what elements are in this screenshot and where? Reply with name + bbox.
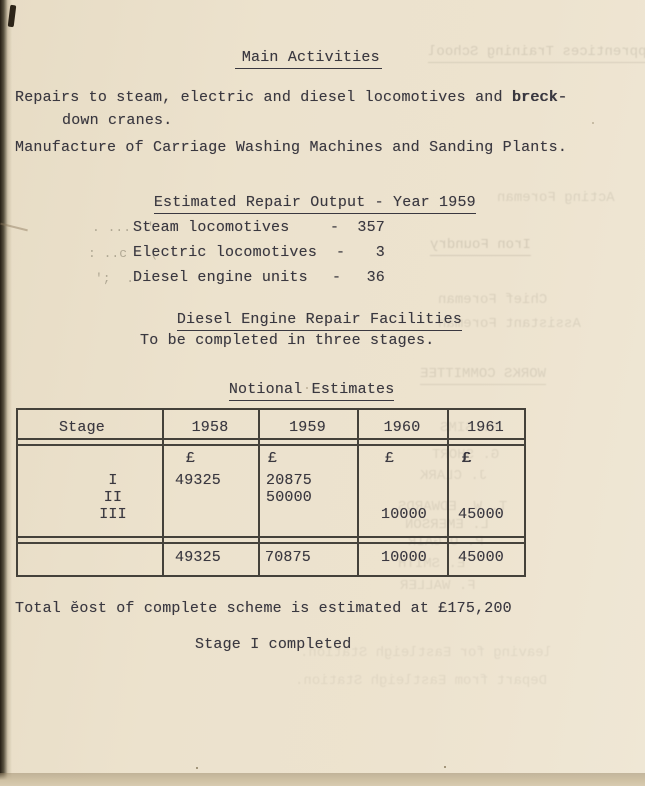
heading-notional-estimates-text: Notional Estimates [229, 381, 395, 401]
dust-speck [592, 122, 594, 124]
paragraph-repairs-line1: Repairs to steam, electric and diesel lo… [15, 89, 567, 106]
table-header-stage: Stage [18, 419, 146, 436]
bleedthrough-text: F. WALLER [400, 578, 476, 594]
output-row-electric-value: 3 [345, 244, 385, 261]
output-row-diesel-value: 36 [345, 269, 385, 286]
scanned-document-page: Apprentices Training School Acting Forem… [0, 0, 645, 786]
cell-stage2-1959: 50000 [266, 489, 312, 506]
total-1958: 49325 [175, 549, 221, 566]
output-row-steam-label: Steam locomotives [133, 219, 289, 236]
paragraph-manufacture: Manufacture of Carriage Washing Machines… [15, 139, 567, 156]
paragraph-repairs-overstrike: breck- [512, 89, 567, 106]
scan-bottom-edge [0, 773, 645, 786]
closing-line: Stage I completed [195, 636, 351, 653]
cell-stage3-1961: 45000 [458, 506, 504, 523]
stage-label-ii: II [60, 489, 166, 506]
dust-speck [444, 766, 446, 768]
note-three-stages: To be completed in three stages. [140, 332, 434, 349]
cell-stage1-1959: 20875 [266, 472, 312, 489]
bleedthrough-text: Depart from Eastleigh Station. [295, 673, 547, 689]
table-header-1961: 1961 [447, 419, 524, 436]
output-row-diesel-dash: - [332, 269, 341, 286]
output-row-electric-label: Electric locomotives [133, 244, 317, 261]
output-row-steam-dash: - [330, 219, 339, 236]
total-1959: 70875 [265, 549, 311, 566]
page-title: Main Activities [198, 32, 382, 83]
stage-label-iii: III [60, 506, 166, 523]
table-header-rule [17, 438, 525, 446]
stage-label-i: I [60, 472, 166, 489]
scan-left-edge-shadow [0, 0, 12, 786]
dust-speck [306, 387, 308, 389]
heading-repair-output-text: Estimated Repair Output - Year 1959 [154, 194, 476, 214]
notional-estimates-table: Stage 1958 1959 1960 1961 £ £ £ £ I II I… [16, 408, 526, 577]
table-header-1958: 1958 [162, 419, 258, 436]
bleedthrough-text: Iron Foundry [430, 237, 531, 256]
bleedthrough-text: Acting Foreman [497, 190, 615, 206]
heading-diesel-facilities-text: Diesel Engine Repair Facilities [177, 311, 462, 331]
currency-symbol-1960: £ [385, 450, 394, 467]
output-row-electric-dash: - [336, 244, 345, 261]
dust-speck [196, 767, 198, 769]
scan-corner-mark [8, 5, 17, 28]
paragraph-repairs-line2: down cranes. [62, 112, 172, 129]
table-totals-rule [17, 536, 525, 544]
total-cost-line: Total ĕost of complete scheme is estimat… [15, 600, 512, 617]
currency-symbol-1959: £ [268, 450, 277, 467]
bleedthrough-text: WORKS COMMITTEE [420, 366, 546, 385]
currency-symbol-1961: £ [462, 450, 471, 467]
output-row-steam-value: 357 [345, 219, 385, 236]
page-title-text: Main Activities [235, 49, 382, 69]
cell-stage3-1960: 10000 [381, 506, 427, 523]
paragraph-repairs-line1-text: Repairs to steam, electric and diesel lo… [15, 89, 512, 106]
table-header-1960: 1960 [357, 419, 447, 436]
cell-stage1-1958: 49325 [175, 472, 221, 489]
pencil-mark: '; . [95, 271, 134, 286]
currency-symbol-1958: £ [186, 450, 195, 467]
bleedthrough-text: Apprentices Training School [428, 44, 645, 63]
table-header-1959: 1959 [258, 419, 357, 436]
total-1960: 10000 [381, 549, 427, 566]
output-row-diesel-label: Diesel engine units [133, 269, 308, 286]
total-1961: 45000 [458, 549, 504, 566]
